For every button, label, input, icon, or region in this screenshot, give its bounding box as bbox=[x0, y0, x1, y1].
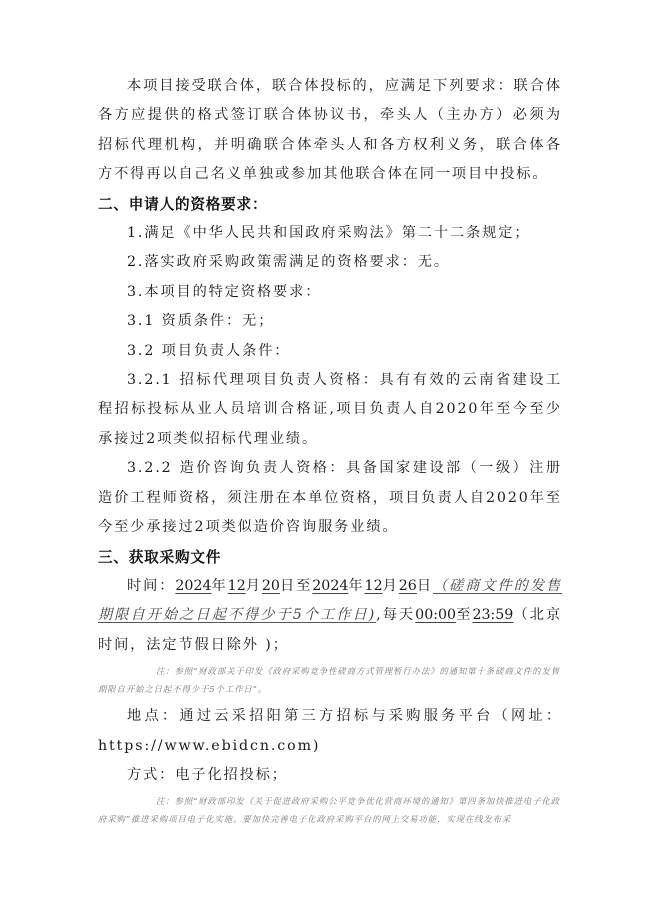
start-month: 12 bbox=[228, 578, 246, 594]
qualification-item-1: 1.满足《中华人民共和国政府采购法》第二十二条规定； bbox=[98, 219, 562, 248]
qualification-item-2: 2.落实政府采购政策需满足的资格要求：无。 bbox=[98, 248, 562, 277]
start-year: 2024 bbox=[175, 578, 211, 594]
time-paragraph: 时间：2024年12月20日至2024年12月26日（磋商文件的发售期限自开始之… bbox=[98, 572, 562, 660]
time-footnote: 注：参照“财政部关于印发《政府采购竞争性磋商方式管理暂行办法》的通知第十条磋商文… bbox=[98, 662, 562, 698]
day-unit: 日 bbox=[417, 578, 433, 594]
document-page: 本项目接受联合体，联合体投标的，应满足下列要求：联合体各方应提供的格式签订联合体… bbox=[98, 72, 562, 832]
day-to: 日至 bbox=[280, 578, 312, 594]
method-paragraph: 方式：电子化招投标； bbox=[98, 761, 562, 790]
end-month: 12 bbox=[365, 578, 383, 594]
time-label: 时间： bbox=[127, 578, 175, 594]
end-day: 26 bbox=[399, 578, 417, 594]
location-paragraph: 地点：通过云采招阳第三方招标与采购服务平台（网址：https://www.ebi… bbox=[98, 702, 562, 761]
consortium-paragraph: 本项目接受联合体，联合体投标的，应满足下列要求：联合体各方应提供的格式签订联合体… bbox=[98, 72, 562, 190]
start-day: 20 bbox=[262, 578, 280, 594]
daily-end-time: 23:59 bbox=[472, 607, 513, 623]
year-unit: 年 bbox=[348, 578, 364, 594]
section-heading-obtain-documents: 三、获取采购文件 bbox=[98, 543, 562, 572]
method-footnote: 注：参照“财政部印发《关于促进政府采购公平竞争优化营商环境的通知》第四条加快推进… bbox=[98, 792, 562, 828]
end-year: 2024 bbox=[312, 578, 348, 594]
qualification-item-3-2-2: 3.2.2 造价咨询负责人资格：具备国家建设部（一级）注册造价工程师资格，须注册… bbox=[98, 454, 562, 542]
year-unit: 年 bbox=[212, 578, 228, 594]
qualification-item-3: 3.本项目的特定资格要求： bbox=[98, 278, 562, 307]
qualification-item-3-2: 3.2 项目负责人条件： bbox=[98, 337, 562, 366]
qualification-item-3-1: 3.1 资质条件：无； bbox=[98, 307, 562, 336]
qualification-item-3-2-1: 3.2.1 招标代理项目负责人资格：具有有效的云南省建设工程招标投标从业人员培训… bbox=[98, 366, 562, 454]
daily-start-time: 00:00 bbox=[415, 607, 456, 623]
daily-prefix: ,每天 bbox=[376, 607, 415, 623]
section-heading-qualifications: 二、申请人的资格要求： bbox=[98, 190, 562, 219]
month-unit: 月 bbox=[383, 578, 399, 594]
daily-to: 至 bbox=[456, 607, 472, 623]
month-unit: 月 bbox=[246, 578, 262, 594]
